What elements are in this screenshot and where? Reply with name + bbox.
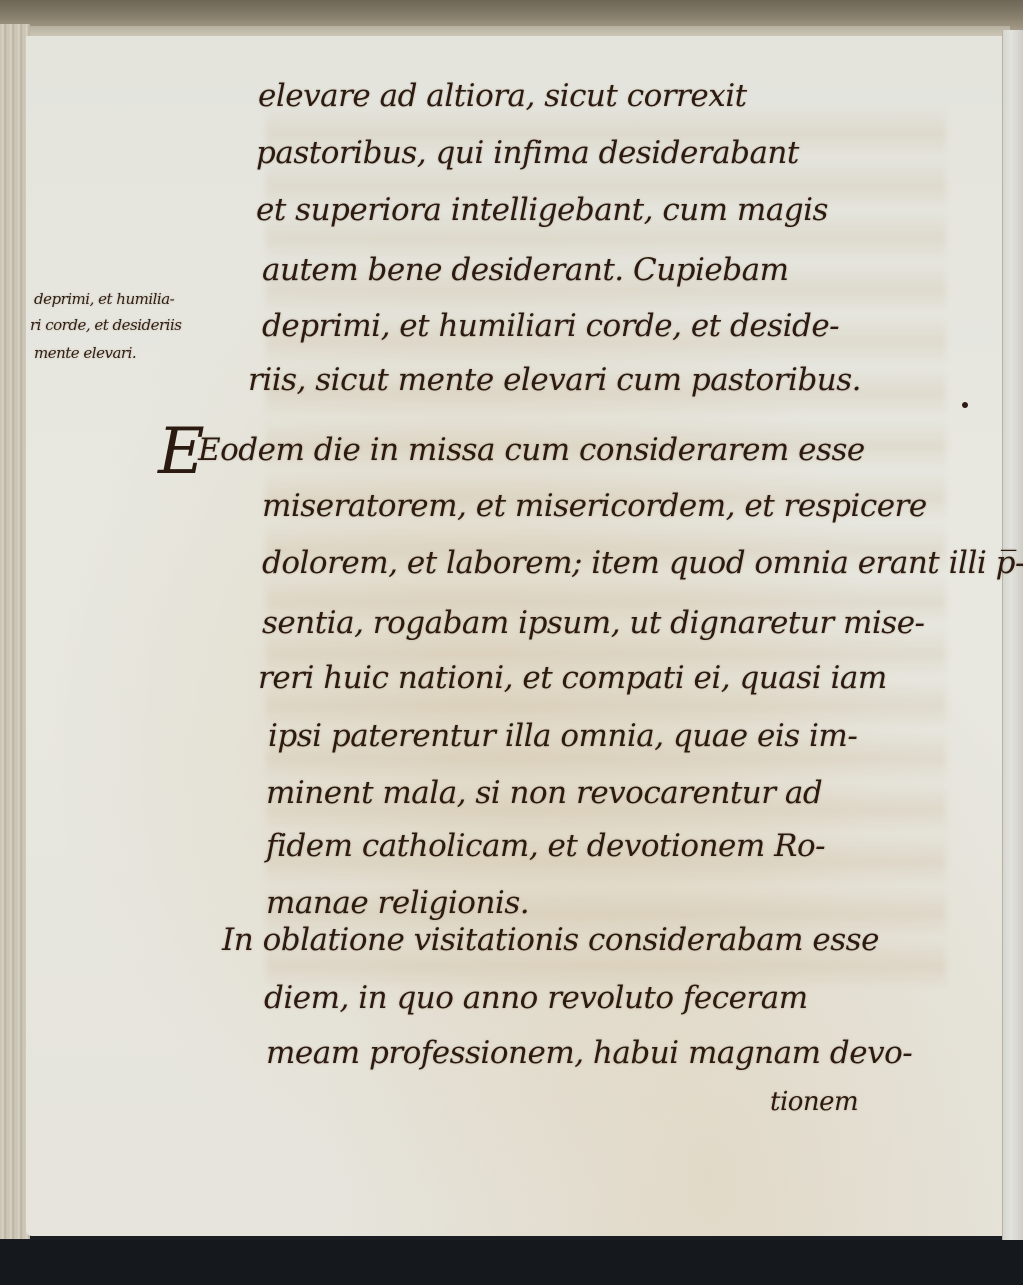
text-line-13: minent mala, si non revocarentur ad [266,775,822,811]
text-line-19-catchword: tionem [770,1087,858,1117]
text-line-10: sentia, rogabam ipsum, ut dignaretur mis… [262,605,925,641]
text-line-11: reri huic nationi, et compati ei, quasi … [258,660,887,696]
margin-note-line-1: deprimi, et humilia- [34,290,174,308]
text-line-9: dolorem, et laborem; item quod omnia era… [262,545,1023,581]
text-line-5: deprimi, et humiliari corde, et deside- [262,308,839,344]
text-line-4: autem bene desiderant. Cupiebam [262,252,789,288]
text-line-8: miseratorem, et misericordem, et respice… [262,488,927,524]
text-line-1: elevare ad altiora, sicut correxit [258,78,747,114]
manuscript-scan: elevare ad altiora, sicut correxit pasto… [0,0,1023,1285]
text-line-7: Eodem die in missa cum considerarem esse [198,432,865,468]
margin-note-line-2: ri corde, et desideriis [30,316,181,334]
ink-dot [962,402,968,408]
text-line-16: In oblatione visitationis considerabam e… [222,922,879,958]
text-line-17: diem, in quo anno revoluto feceram [264,980,808,1016]
margin-note-line-3: mente elevari. [34,344,136,362]
text-line-18: meam professionem, habui magnam devo- [266,1035,912,1071]
page-right-edge [1002,30,1023,1240]
text-line-14: fidem catholicam, et devotionem Ro- [266,828,825,864]
text-line-15: manae religionis. [266,885,529,921]
text-line-6: riis, sicut mente elevari cum pastoribus… [248,362,861,398]
scan-background-bottom [0,1240,1023,1285]
text-line-3: et superiora intelligebant, cum magis [256,192,828,228]
text-line-2: pastoribus, qui infima desiderabant [256,135,799,171]
text-line-12: ipsi paterentur illa omnia, quae eis im- [268,718,857,754]
